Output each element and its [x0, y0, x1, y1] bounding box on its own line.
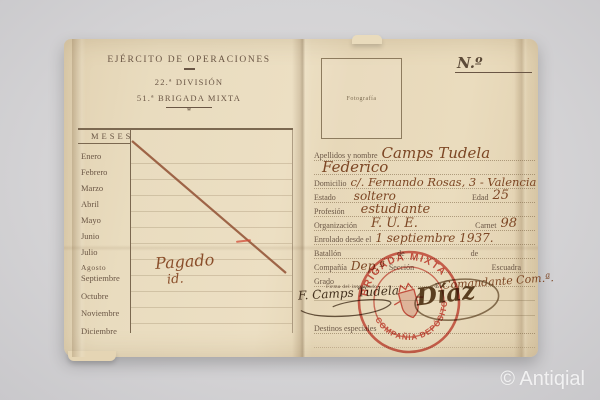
estado-value: soltero: [354, 190, 396, 202]
month-label: Septiembre: [81, 273, 120, 283]
month-label: Diciembre: [81, 326, 117, 336]
de-label: de: [471, 249, 479, 258]
carnet-label: Carnet: [475, 221, 496, 230]
month-label: Enero: [81, 151, 101, 161]
table-top-rule: [78, 128, 293, 130]
field-row-apellidos-2: Federico: [314, 160, 535, 175]
field-row-estado: Estado soltero Edad 25: [314, 188, 535, 203]
photo-box: Fotografía: [321, 58, 402, 139]
month-label: Mayo: [81, 215, 101, 225]
month-label: Noviembre: [81, 308, 119, 318]
month-label: Junio: [81, 231, 99, 241]
profesion-label: Profesión: [314, 207, 345, 216]
month-label: Abril: [81, 199, 99, 209]
apellidos-value-2: Federico: [314, 161, 388, 174]
domicilio-label: Domicilio: [314, 179, 346, 188]
stamp-coat-of-arms: [390, 281, 428, 322]
organizacion-value: F. U. E.: [371, 218, 418, 230]
table-right-rule: [292, 128, 293, 333]
worn-paper-tab: [68, 351, 116, 361]
ornament-dash: [184, 68, 195, 70]
army-title: EJÉRCITO DE OPERACIONES: [86, 55, 292, 65]
month-label: Octubre: [81, 291, 108, 301]
apellidos-value: Camps Tudela: [382, 147, 491, 160]
meses-header: MESES: [91, 131, 133, 141]
number-label: N.º: [457, 54, 482, 72]
stamp-arc-top-text: BRIGADA MIXTA: [351, 242, 449, 300]
fold-crease-center: [292, 39, 312, 357]
worn-paper-tab: [352, 35, 382, 44]
edad-value: 25: [492, 190, 509, 202]
division-title: 22.ª DIVISIÓN: [86, 77, 292, 87]
number-blank-line: [455, 72, 532, 73]
profesion-value: estudiante: [361, 204, 430, 216]
month-label: Marzo: [81, 183, 103, 193]
photo-background: EJÉRCITO DE OPERACIONES 22.ª DIVISIÓN 51…: [0, 0, 600, 400]
row-guide-line: [131, 323, 292, 324]
table-header-rule: [78, 143, 131, 144]
month-label: Agosto: [81, 263, 106, 272]
row-guide-line: [131, 291, 292, 292]
escuadra-label: Escuadra: [492, 263, 521, 272]
field-row-profesion: Profesión estudiante: [314, 202, 535, 217]
id-document-card: EJÉRCITO DE OPERACIONES 22.ª DIVISIÓN 51…: [64, 39, 538, 357]
domicilio-value: c/. Fernando Rosas, 3 - Valencia: [350, 176, 536, 188]
organizacion-label: Organización: [314, 221, 357, 230]
ornament-asterisk: *: [86, 108, 292, 114]
month-label: Julio: [81, 247, 98, 257]
svg-text:BRIGADA MIXTA: BRIGADA MIXTA: [351, 242, 449, 300]
estado-label: Estado: [314, 193, 336, 202]
carnet-value: 98: [500, 218, 517, 230]
photo-placeholder-label: Fotografía: [347, 96, 377, 102]
idem-annotation: id.: [166, 271, 184, 287]
field-row-organizacion: Organización F. U. E. Carnet 98: [314, 216, 535, 231]
edad-label: Edad: [472, 193, 488, 202]
field-row-domicilio: Domicilio c/. Fernando Rosas, 3 - Valenc…: [314, 174, 535, 189]
month-label: Febrero: [81, 167, 107, 177]
watermark: © Antiqial: [500, 368, 585, 391]
enrolado-label: Enrolado desde el: [314, 235, 371, 244]
unit-header: EJÉRCITO DE OPERACIONES 22.ª DIVISIÓN 51…: [86, 55, 292, 114]
brigade-title: 51.ª BRIGADA MIXTA: [86, 93, 292, 103]
row-guide-line: [131, 307, 292, 308]
